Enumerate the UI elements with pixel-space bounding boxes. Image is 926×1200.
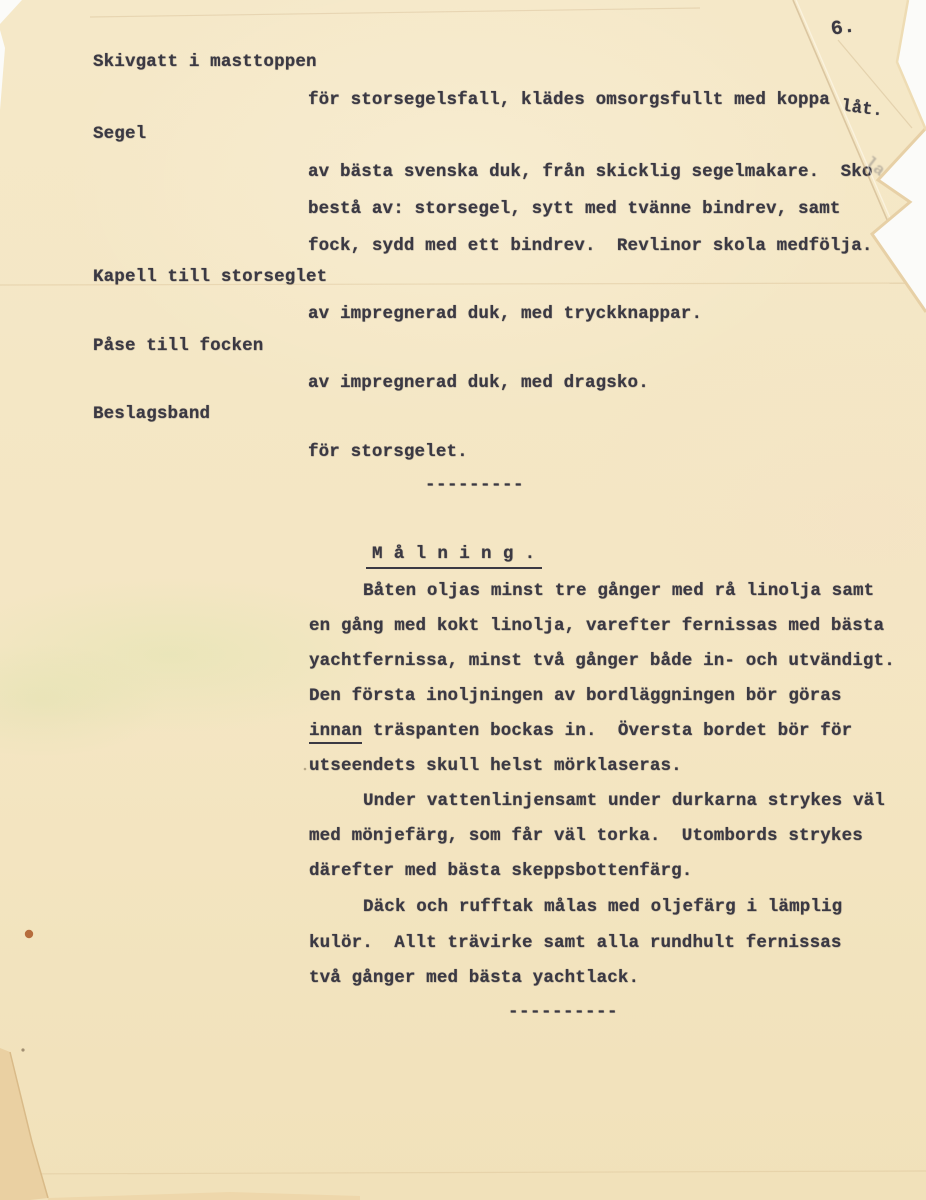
under-page-edge xyxy=(10,1052,48,1198)
spec-term: Skivgatt i masttoppen xyxy=(93,51,317,74)
body-text-line: kulör. Allt trävirke samt alla rundhult … xyxy=(309,932,842,955)
tear-edge xyxy=(897,0,926,130)
speck xyxy=(304,768,307,771)
body-text-line: Den första inoljningen av bordläggningen… xyxy=(309,685,842,708)
spec-definition: av impregnerad duk, med tryckknappar. xyxy=(308,303,702,326)
body-text-line: en gång med kokt linolja, varefter ferni… xyxy=(309,615,884,638)
paper-sheet: 6. Skivgatt i masttoppen för storsegelsf… xyxy=(0,0,926,1200)
edge-nick xyxy=(0,30,5,110)
under-page-sliver xyxy=(0,1048,48,1200)
spec-definition: av bästa svenska duk, från skicklig sege… xyxy=(308,161,873,184)
torn-corner xyxy=(0,0,22,24)
tear-notch xyxy=(872,128,926,312)
spec-definition: för storsegelsfall, klädes omsorgsfullt … xyxy=(308,89,830,112)
torn-corner-fragment: låt. xyxy=(840,97,884,122)
spec-term: Påse till focken xyxy=(93,335,263,358)
spec-definition: för storsgelet. xyxy=(308,441,468,464)
tear-edge xyxy=(872,128,926,312)
body-text-line: med mönjefärg, som får väl torka. Utombo… xyxy=(309,825,863,848)
spec-definition: av impregnerad duk, med dragsko. xyxy=(308,372,649,395)
page-number: 6. xyxy=(829,15,856,41)
torn-corner xyxy=(897,0,926,130)
body-text-line: Under vattenlinjensamt under durkarna st… xyxy=(363,790,885,813)
crease-line xyxy=(90,8,700,17)
body-text-line: innan träspanten bockas in. Översta bord… xyxy=(309,720,852,743)
crease-line xyxy=(0,1171,926,1174)
spec-term: Beslagsband xyxy=(93,403,210,426)
spec-term: Kapell till storseglet xyxy=(93,266,327,289)
section-heading-text: M å l n i n g . xyxy=(366,544,542,569)
bottom-edge-shade xyxy=(48,1192,360,1200)
spec-definition: bestå av: storsegel, sytt med tvänne bin… xyxy=(308,198,841,221)
spec-term: Segel xyxy=(93,123,146,146)
spec-definition: fock, sydd med ett bindrev. Revlinor sko… xyxy=(308,235,873,258)
body-text-line: Däck och rufftak målas med oljefärg i lä… xyxy=(363,896,842,919)
body-text-line: utseendets skull helst mörklaseras. xyxy=(309,755,682,778)
body-text-line: yachtfernissa, minst två gånger både in-… xyxy=(309,650,895,673)
ink-stain xyxy=(25,930,33,938)
underlined-word: innan xyxy=(309,721,362,744)
section-heading-malning: M å l n i n g . xyxy=(366,543,542,566)
separator-dashes: --------- xyxy=(425,474,524,497)
body-text-line: därefter med bästa skeppsbottenfärg. xyxy=(309,860,692,883)
separator-dashes: ---------- xyxy=(508,1001,618,1024)
body-text-line: två gånger med bästa yachtlack. xyxy=(309,967,639,990)
body-text-line: Båten oljas minst tre gånger med rå lino… xyxy=(363,580,874,603)
speck xyxy=(21,1048,24,1051)
body-text-part: träspanten bockas in. Översta bordet bör… xyxy=(362,721,852,741)
